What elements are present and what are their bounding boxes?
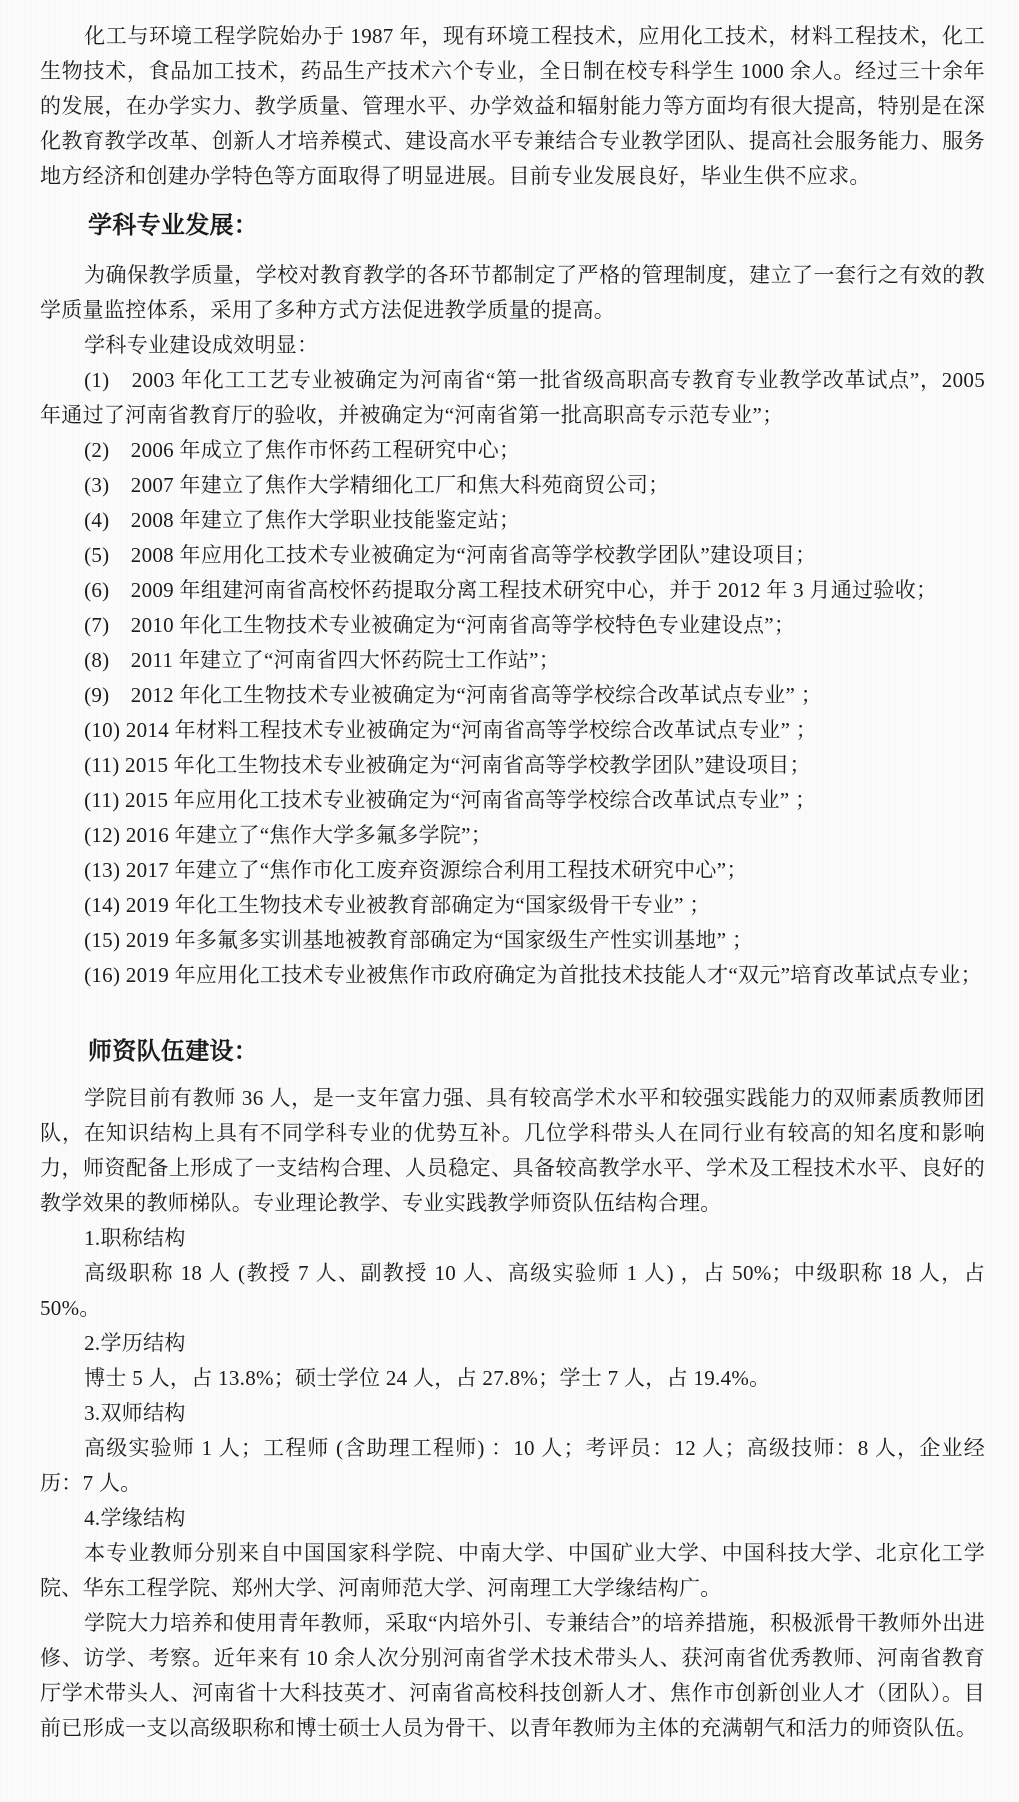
achievement-item: (11) 2015 年应用化工技术专业被确定为“河南省高等学校综合改革试点专业”… <box>40 783 985 818</box>
title-structure-paragraph: 高级职称 18 人 (教授 7 人、副教授 10 人、高级实验师 1 人) ，占… <box>40 1256 985 1326</box>
achievement-item: (7) 2010 年化工生物技术专业被确定为“河南省高等学校特色专业建设点”； <box>40 608 985 643</box>
intro-paragraph: 化工与环境工程学院始办于 1987 年，现有环境工程技术，应用化工技术，材料工程… <box>40 19 985 194</box>
achievement-item: (14) 2019 年化工生物技术专业被教育部确定为“国家级骨干专业” ； <box>40 888 985 923</box>
achievement-item: (6) 2009 年组建河南省高校怀药提取分离工程技术研究中心，并于 2012 … <box>40 573 985 608</box>
education-structure-paragraph: 博士 5 人，占 13.8%；硕士学位 24 人，占 27.8%；学士 7 人，… <box>40 1361 985 1396</box>
document-page: 化工与环境工程学院始办于 1987 年，现有环境工程技术，应用化工技术，材料工程… <box>0 0 1019 1802</box>
achievement-item: (13) 2017 年建立了“焦作市化工废弃资源综合利用工程技术研究中心”； <box>40 853 985 888</box>
achievement-item: (1) 2003 年化工工艺专业被确定为河南省“第一批省级高职高专教育专业教学改… <box>40 363 985 433</box>
achievement-item: (4) 2008 年建立了焦作大学职业技能鉴定站； <box>40 503 985 538</box>
achievement-item: (11) 2015 年化工生物技术专业被确定为“河南省高等学校教学团队”建设项目… <box>40 748 985 783</box>
achievements-lead-in: 学科专业建设成效明显： <box>40 328 985 363</box>
achievement-item: (3) 2007 年建立了焦作大学精细化工厂和焦大科苑商贸公司； <box>40 468 985 503</box>
section-heading-faculty-building: 师资队伍建设： <box>40 1035 985 1070</box>
achievement-item: (9) 2012 年化工生物技术专业被确定为“河南省高等学校综合改革试点专业” … <box>40 678 985 713</box>
achievement-item: (8) 2011 年建立了“河南省四大怀药院士工作站”； <box>40 643 985 678</box>
faculty-overview-paragraph: 学院目前有教师 36 人，是一支年富力强、具有较高学术水平和较强实践能力的双师素… <box>40 1081 985 1221</box>
achievement-item: (10) 2014 年材料工程技术专业被确定为“河南省高等学校综合改革试点专业”… <box>40 713 985 748</box>
young-teachers-paragraph: 学院大力培养和使用青年教师，采取“内培外引、专兼结合”的培养措施，积极派骨干教师… <box>40 1606 985 1746</box>
achievement-item: (12) 2016 年建立了“焦作大学多氟多学院”； <box>40 818 985 853</box>
subheading-title-structure: 1.职称结构 <box>40 1221 985 1256</box>
achievement-item: (15) 2019 年多氟多实训基地被教育部确定为“国家级生产性实训基地” ； <box>40 923 985 958</box>
subheading-dual-qualification-structure: 3.双师结构 <box>40 1396 985 1431</box>
subheading-education-structure: 2.学历结构 <box>40 1326 985 1361</box>
quality-assurance-paragraph: 为确保教学质量，学校对教育教学的各环节都制定了严格的管理制度，建立了一套行之有效… <box>40 258 985 328</box>
dual-qualification-paragraph: 高级实验师 1 人；工程师 (含助理工程师) ：10 人；考评员：12 人；高级… <box>40 1431 985 1501</box>
achievement-item: (5) 2008 年应用化工技术专业被确定为“河南省高等学校教学团队”建设项目； <box>40 538 985 573</box>
achievement-item: (2) 2006 年成立了焦作市怀药工程研究中心； <box>40 433 985 468</box>
achievement-item: (16) 2019 年应用化工技术专业被焦作市政府确定为首批技术技能人才“双元”… <box>40 958 985 993</box>
section-heading-discipline-development: 学科专业发展： <box>40 209 985 244</box>
subheading-academic-origin-structure: 4.学缘结构 <box>40 1501 985 1536</box>
academic-origin-paragraph: 本专业教师分别来自中国国家科学院、中南大学、中国矿业大学、中国科技大学、北京化工… <box>40 1536 985 1606</box>
